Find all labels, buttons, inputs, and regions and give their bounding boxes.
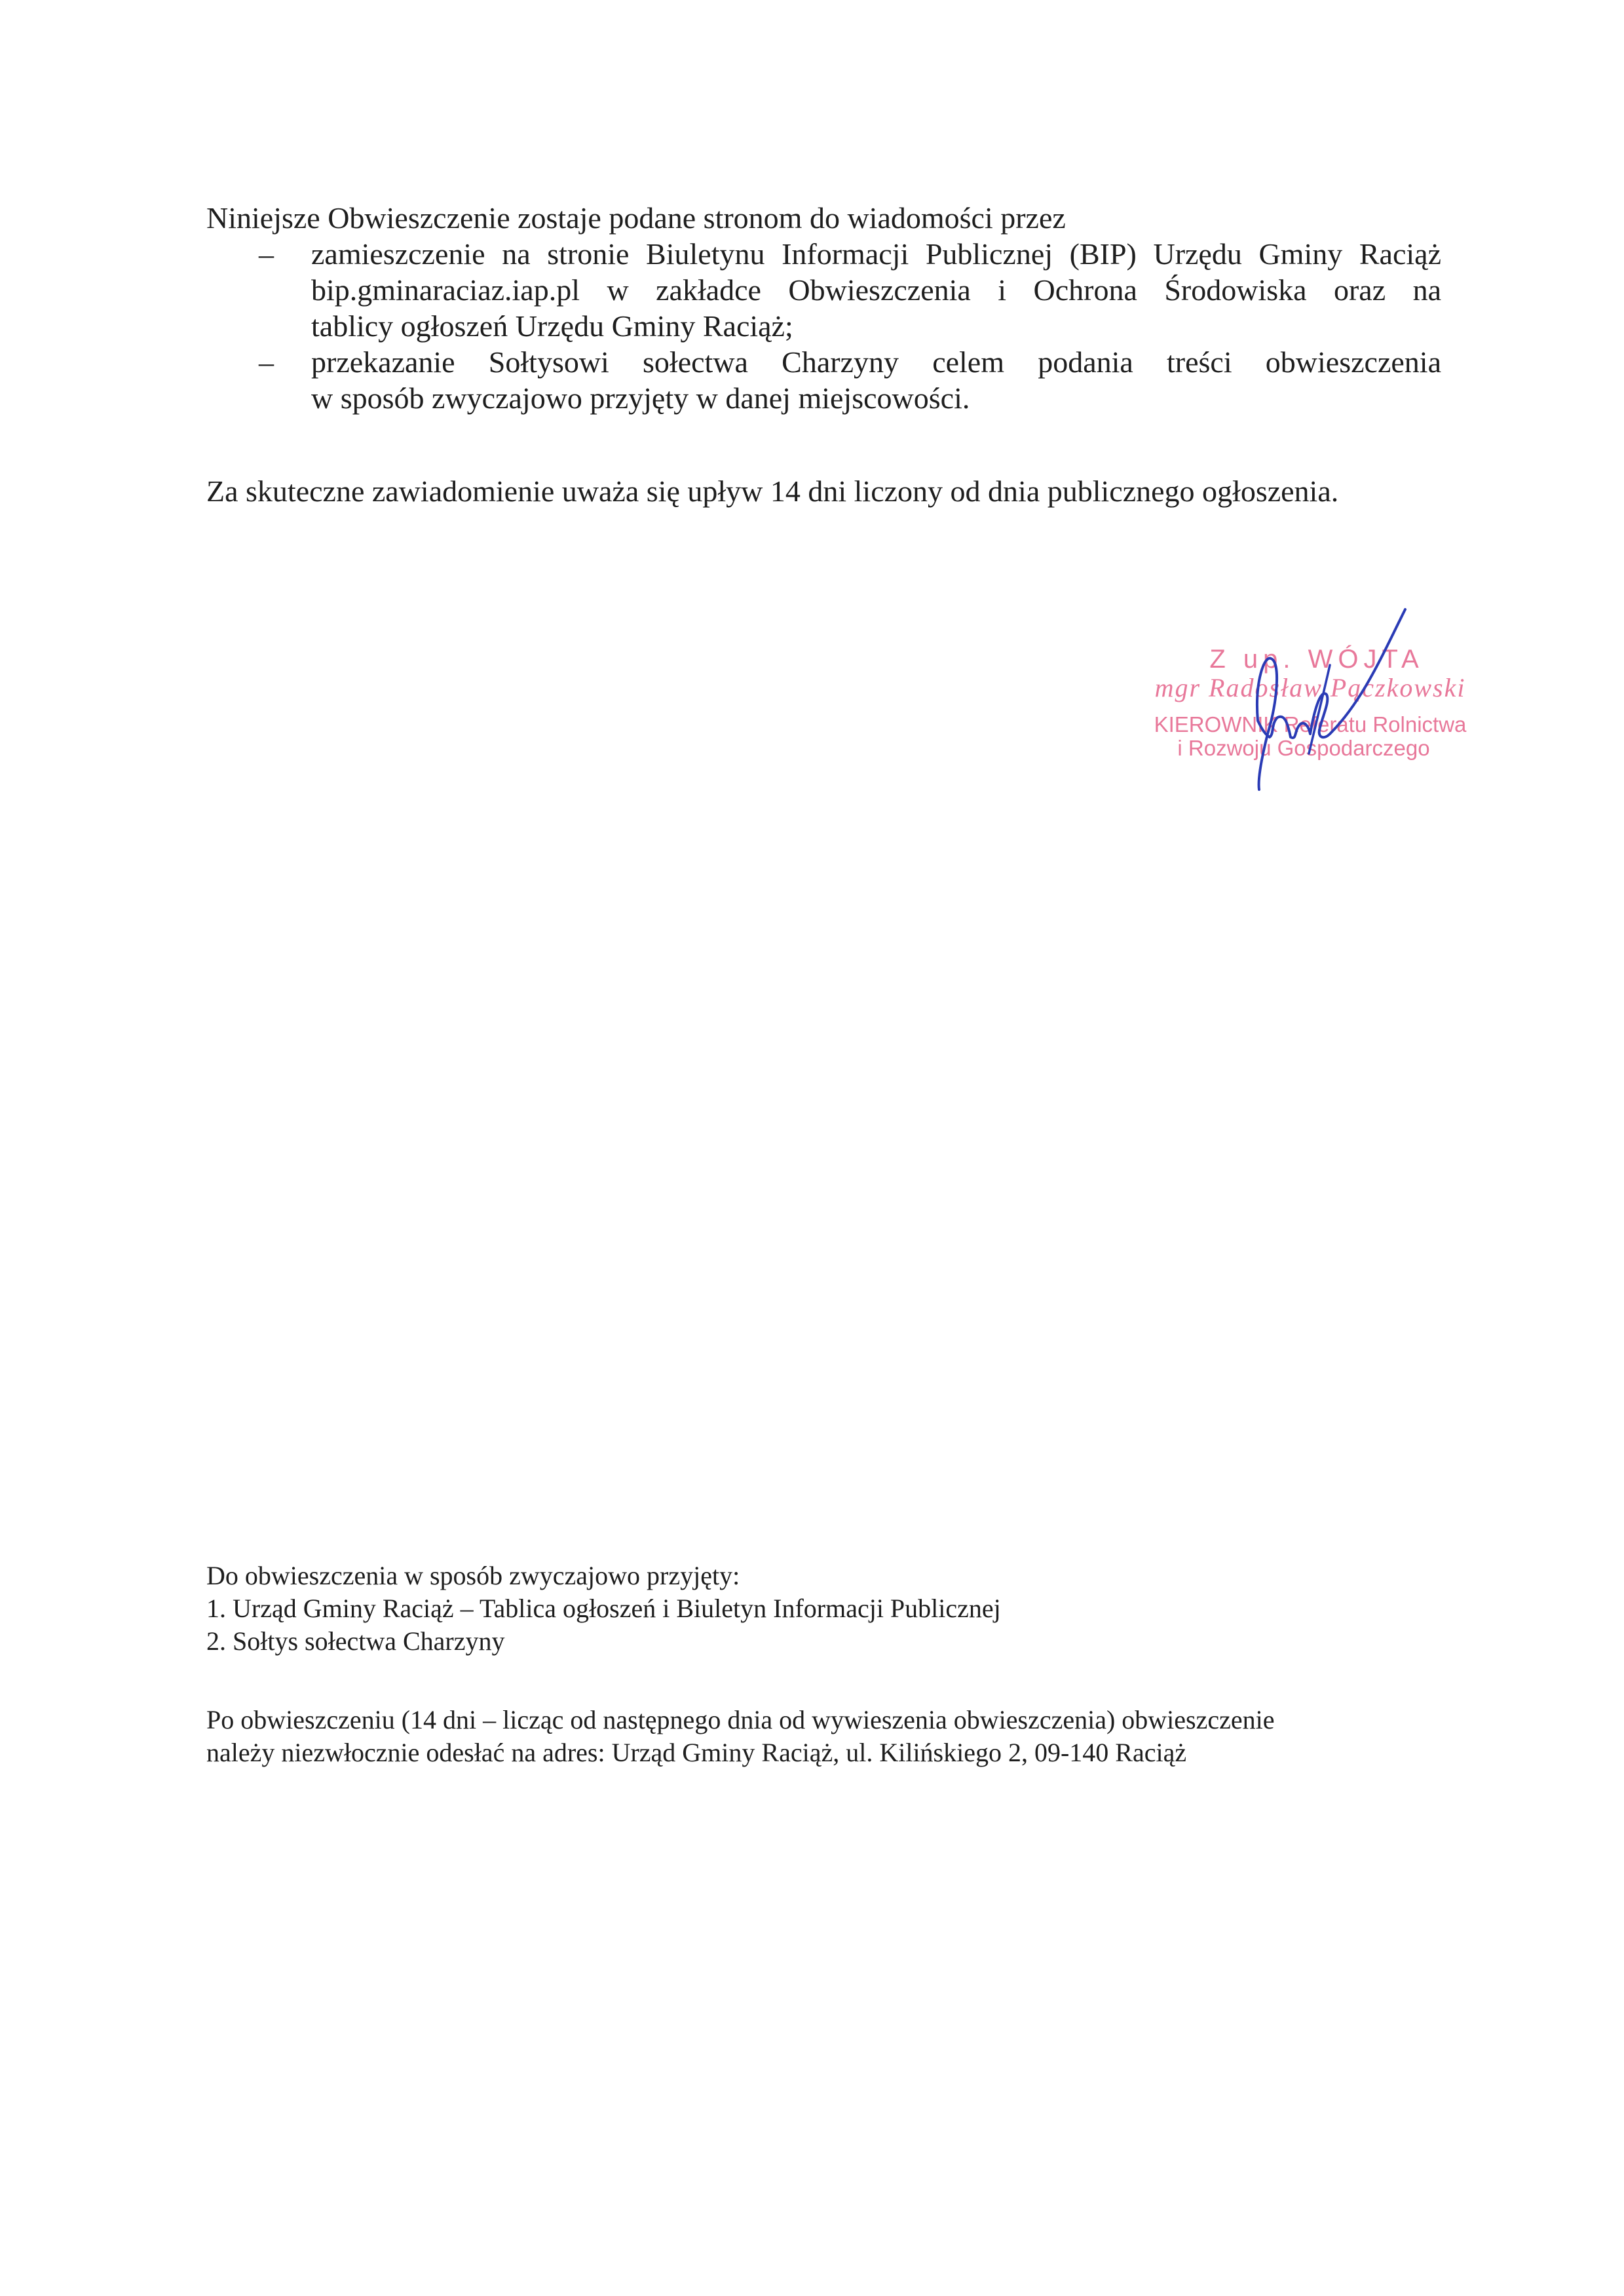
method-list: – zamieszczenie na stronie Biuletynu Inf… <box>206 236 1441 416</box>
method-item-soltys: – przekazanie Sołtysowi sołectwa Charzyn… <box>206 344 1441 416</box>
dash-bullet-icon: – <box>259 344 274 380</box>
recipients-section: Do obwieszczenia w sposób zwyczajowo prz… <box>206 1559 1001 1658</box>
return-line: należy niezwłocznie odesłać na adres: Ur… <box>206 1736 1275 1769</box>
dash-bullet-icon: – <box>259 236 274 272</box>
method-line: bip.gminaraciaz.iap.pl w zakładce Obwies… <box>311 272 1441 308</box>
method-item-bip: – zamieszczenie na stronie Biuletynu Inf… <box>206 236 1441 344</box>
effect-notice: Za skuteczne zawiadomienie uważa się upł… <box>206 473 1338 509</box>
method-line: tablicy ogłoszeń Urzędu Gminy Raciąż; <box>311 308 1441 344</box>
recipient-item: 2. Sołtys sołectwa Charzyny <box>206 1625 1001 1658</box>
effect-notice-block: Za skuteczne zawiadomienie uważa się upł… <box>206 473 1338 509</box>
return-line: Po obwieszczeniu (14 dni – licząc od nas… <box>206 1704 1275 1736</box>
method-line: w sposób zwyczajowo przyjęty w danej mie… <box>311 380 1441 416</box>
handwritten-signature-icon <box>1232 603 1428 793</box>
recipients-heading: Do obwieszczenia w sposób zwyczajowo prz… <box>206 1559 1001 1592</box>
method-line: zamieszczenie na stronie Biuletynu Infor… <box>311 236 1441 272</box>
notification-methods: Niniejsze Obwieszczenie zostaje podane s… <box>206 200 1441 416</box>
intro-lead: Niniejsze Obwieszczenie zostaje podane s… <box>206 200 1441 236</box>
return-instructions: Po obwieszczeniu (14 dni – licząc od nas… <box>206 1704 1275 1769</box>
method-line: przekazanie Sołtysowi sołectwa Charzyny … <box>311 344 1441 380</box>
recipient-item: 1. Urząd Gminy Raciąż – Tablica ogłoszeń… <box>206 1592 1001 1625</box>
